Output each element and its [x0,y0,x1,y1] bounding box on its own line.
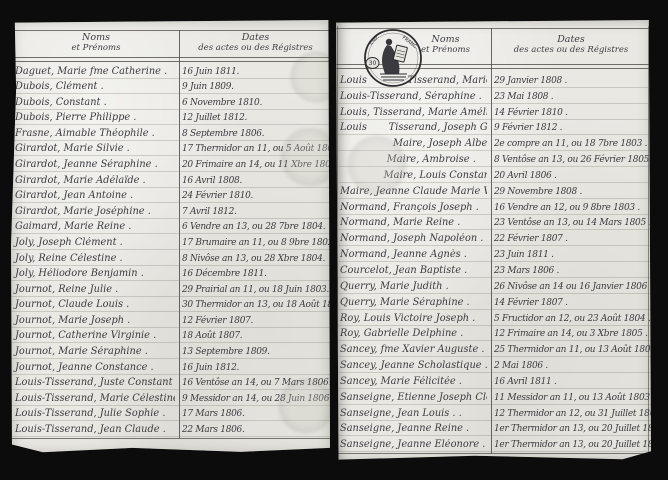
date-cell: 14 Février 1810 . [487,108,568,119]
date-cell: 12 Juillet 1812. [175,113,247,124]
date-cell: 29 Prairial an 11, ou 18 Juin 1803. [175,285,329,296]
table-row: Joly, Reine Célestine . 8 Nivôse an 13, … [11,250,330,266]
date-cell: 23 Mai 1808 . [487,92,553,103]
name-cell: Journot, Marie Séraphine . [11,346,175,358]
name-cell: Normand, Marie Reine . [336,217,487,229]
right-page: Noms et Prénoms Dates des actes ou des R… [336,20,651,461]
table-row: Normand, Marie Reine . 23 Ventôse an 13,… [336,215,651,231]
revenue-stamp-icon: 30 EMP. FRANC. [362,27,424,89]
table-row: Louis, Tisserand, Marie Amélie. 14 Févri… [336,104,651,120]
name-cell: Journot, Claude Louis . [11,299,175,311]
name-cell: Louis-Tisserand, Juste Constant . [11,377,175,389]
date-cell: 25 Thermidor an 11, ou 13 Août 1803 . [487,345,661,356]
table-row: Dubois, Constant . 6 Novembre 1810. [11,94,330,110]
date-cell: 18 Août 1807. [175,331,242,342]
left-page: Noms et Prénoms Dates des actes ou des R… [11,20,330,454]
name-cell: Girardot, Jean Antoine . [11,190,175,202]
table-row: Normand, François Joseph . 16 Vendre an … [336,199,651,215]
table-row: Girardot, Jean Antoine . 24 Février 1810… [11,188,330,204]
table-row: Journot, Claude Louis . 30 Thermidor an … [11,297,330,313]
date-cell: 23 Juin 1811 . [487,250,554,261]
header-separator-rule [11,57,330,62]
table-row: Joly, Héliodore Benjamin . 16 Décembre 1… [11,266,330,282]
date-cell: 8 Nivôse an 13, ou 28 Xbre 1804. [175,254,325,265]
name-cell: Sanseigne, Jeanne Eléonore . [336,439,487,451]
name-cell: Girardot, Marie Adélaïde . [11,175,175,187]
name-cell: Journot, Marie Joseph . [11,315,175,327]
header-dates-line2: des actes ou des Régistres [496,45,646,56]
name-cell: Louis Tisserand, Joseph Gustave. [336,122,487,134]
date-cell: 23 Mars 1806 . [487,266,559,277]
stamp-denomination: 30 [369,60,377,67]
name-cell: Joly, Héliodore Benjamin . [11,268,175,280]
table-row: Joly, Joseph Clément . 17 Brumaire an 11… [11,234,330,250]
table-row: Sanseigne, Jean Louis . . 12 Thermidor a… [336,405,651,421]
date-cell: 17 Mars 1806. [175,409,245,420]
register-rows: Louis Tisserand, Marie Delphine. 29 Janv… [336,72,651,452]
date-cell: 7 Avril 1812. [175,207,237,218]
name-cell: Girardot, Jeanne Séraphine . [11,159,175,171]
register-rows: Daguet, Marie fme Catherine . 16 Juin 18… [11,63,330,437]
date-cell: 24 Février 1810. [175,191,253,202]
table-row: Journot, Reine Julie . 29 Prairial an 11… [11,281,330,297]
table-row: Journot, Jeanne Constance . 16 Juin 1812… [11,359,330,375]
table-row: Roy, Louis Victoire Joseph . 5 Fructidor… [336,310,651,326]
table-row: Sanseigne, Jeanne Eléonore . 1er Thermid… [336,436,651,452]
name-cell: Dubois, Constant . [11,97,175,109]
header-dates-line1: Dates [183,32,328,43]
name-cell: Journot, Reine Julie . [11,284,175,296]
date-cell: 6 Novembre 1810. [175,98,262,109]
date-cell: 1er Thermidor an 13, ou 20 Juillet 1805 … [487,424,668,435]
bleedthrough-stamp [275,375,337,437]
date-cell: 16 Juin 1812. [175,363,239,374]
date-cell: 12 Thermidor an 12, ou 31 Juillet 1804 . [487,409,666,420]
name-cell: Sanseigne, Jeanne Reine . [336,423,487,435]
name-cell: Louis-Tisserand, Jean Claude . [11,424,175,436]
date-cell: 5 Fructidor an 12, ou 23 Août 1804 . [487,314,650,325]
name-cell: Journot, Catherine Virginie . [11,330,175,342]
date-cell: 16 Vendre an 12, ou 9 8bre 1803 . [487,203,640,214]
date-cell: 23 Ventôse an 13, ou 14 Mars 1805 . [487,218,651,229]
date-cell: 16 Décembre 1811. [175,269,267,280]
date-cell: 13 Septembre 1809. [175,347,270,358]
name-cell: Querry, Marie Séraphine . [336,297,487,309]
date-cell: 6 Vendre an 13, ou 28 7bre 1804. [175,222,325,233]
bleedthrough-stamp [344,132,410,198]
table-row: Journot, Marie Séraphine . 13 Septembre … [11,343,330,359]
table-row: Sancey, Marie Félicitée . 16 Avril 1811 … [336,373,651,389]
table-row: Querry, Marie Séraphine . 14 Février 180… [336,294,651,310]
name-cell: Roy, Louis Victoire Joseph . [336,313,487,325]
name-cell: Courcelot, Jean Baptiste . [336,265,487,277]
header-dates-line1: Dates [496,34,646,45]
top-rule [11,30,330,31]
date-cell: 1er Thermidor an 13, ou 20 Juillet 1805 … [487,440,668,451]
name-cell: Normand, François Joseph . [336,202,487,214]
table-row: Gaimard, Marie Reine . 6 Vendre an 13, o… [11,219,330,235]
table-row: Journot, Marie Joseph . 12 Février 1807. [11,312,330,328]
table-row: Sanseigne, Etienne Joseph Clément . 11 M… [336,389,651,405]
date-cell: 9 Février 1812 . [487,123,562,134]
date-cell: 8 Ventôse an 13, ou 26 Février 1805 . [487,155,654,166]
table-row: Normand, Joseph Napoléon . 22 Février 18… [336,230,651,246]
table-row: Roy, Gabrielle Delphine . 12 Frimaire an… [336,326,651,342]
table-row: Journot, Catherine Virginie . 18 Août 18… [11,328,330,344]
date-cell: 14 Février 1807 . [487,298,568,309]
name-cell: Louis-Tisserand, Séraphine . [336,91,487,103]
table-row: Girardot, Marie Joséphine . 7 Avril 1812… [11,203,330,219]
header-names-line1: Noms [21,32,171,43]
date-cell: 8 Septembre 1806. [175,129,264,140]
name-cell: Louis-Tisserand, Marie Célestine . [11,393,175,405]
table-row: Sancey, Jeanne Scholastique . 2 Mai 1806… [336,357,651,373]
name-cell: Girardot, Marie Joséphine . [11,206,175,218]
date-cell: 26 Nivôse an 14 ou 16 Janvier 1806 . [487,282,652,293]
name-cell: Joly, Joseph Clément . [11,237,175,249]
table-row: Louis-Tisserand, Séraphine . 23 Mai 1808… [336,88,651,104]
date-cell: 16 Avril 1808. [175,176,242,187]
bottom-rule [336,453,651,454]
name-cell: Querry, Marie Judith . [336,281,487,293]
date-cell: 11 Messidor an 11, ou 13 Août 1803 . [487,393,655,404]
name-cell: Dubois, Pierre Philippe . [11,112,175,124]
date-cell: 29 Janvier 1808 . [487,76,567,87]
name-cell: Joly, Reine Célestine . [11,253,175,265]
name-cell: Normand, Jeanne Agnès . [336,249,487,261]
date-cell: 29 Novembre 1808 . [487,187,582,198]
table-row: Sancey, fme Xavier Auguste . 25 Thermido… [336,341,651,357]
bleedthrough-stamp [277,124,343,190]
name-cell: Sancey, fme Xavier Auguste . [336,344,487,356]
date-cell: 12 Frimaire an 14, ou 3 Xbre 1805 . [487,329,648,340]
name-cell: Louis-Tisserand, Julie Sophie . [11,408,175,420]
date-cell: 16 Juin 1811. [175,67,239,78]
name-cell: Girardot, Marie Silvie . [11,143,175,155]
date-cell: 2 Mai 1806 . [487,361,548,372]
date-cell: 17 Brumaire an 11, ou 8 9bre 1802. [175,238,336,249]
name-cell: Louis, Tisserand, Marie Amélie. [336,107,487,119]
date-cell: 16 Avril 1811 . [487,377,557,388]
table-row: Normand, Jeanne Agnès . 23 Juin 1811 . [336,246,651,262]
date-cell: 22 Février 1807 . [487,234,568,245]
date-cell: 2e compre an 11, ou 18 7bre 1803 . [487,139,647,150]
table-row: Courcelot, Jean Baptiste . 23 Mars 1806 … [336,262,651,278]
date-cell: 9 Juin 1809. [175,82,234,93]
name-cell: Roy, Gabrielle Delphine . [336,328,487,340]
name-cell: Journot, Jeanne Constance . [11,362,175,374]
name-cell: Frasne, Aimable Théophile . [11,128,175,140]
table-row: Querry, Marie Judith . 26 Nivôse an 14 o… [336,278,651,294]
column-header-names: Noms et Prénoms [21,32,171,54]
table-row: Dubois, Clément . 9 Juin 1809. [11,79,330,95]
table-row: Sanseigne, Jeanne Reine . 1er Thermidor … [336,421,651,437]
table-row: Dubois, Pierre Philippe . 12 Juillet 181… [11,110,330,126]
date-cell: 12 Février 1807. [175,316,253,327]
name-cell: Gaimard, Marie Reine . [11,221,175,233]
name-cell: Sanseigne, Jean Louis . . [336,408,487,420]
date-cell: 22 Mars 1806. [175,425,245,436]
name-cell: Sancey, Marie Félicitée . [336,376,487,388]
name-cell: Sanseigne, Etienne Joseph Clément . [336,392,487,404]
header-names-line2: et Prénoms [21,43,171,54]
name-cell: Daguet, Marie fme Catherine . [11,66,175,78]
bottom-rule [11,438,330,439]
table-row: Daguet, Marie fme Catherine . 16 Juin 18… [11,63,330,79]
name-cell: Sancey, Jeanne Scholastique . [336,360,487,372]
name-cell: Normand, Joseph Napoléon . [336,233,487,245]
column-header-dates: Dates des actes ou des Régistres [496,34,646,56]
date-cell: 20 Avril 1806 . [487,171,557,182]
name-cell: Dubois, Clément . [11,81,175,93]
date-cell: 30 Thermidor an 13, ou 18 Août 1805. [175,300,346,311]
